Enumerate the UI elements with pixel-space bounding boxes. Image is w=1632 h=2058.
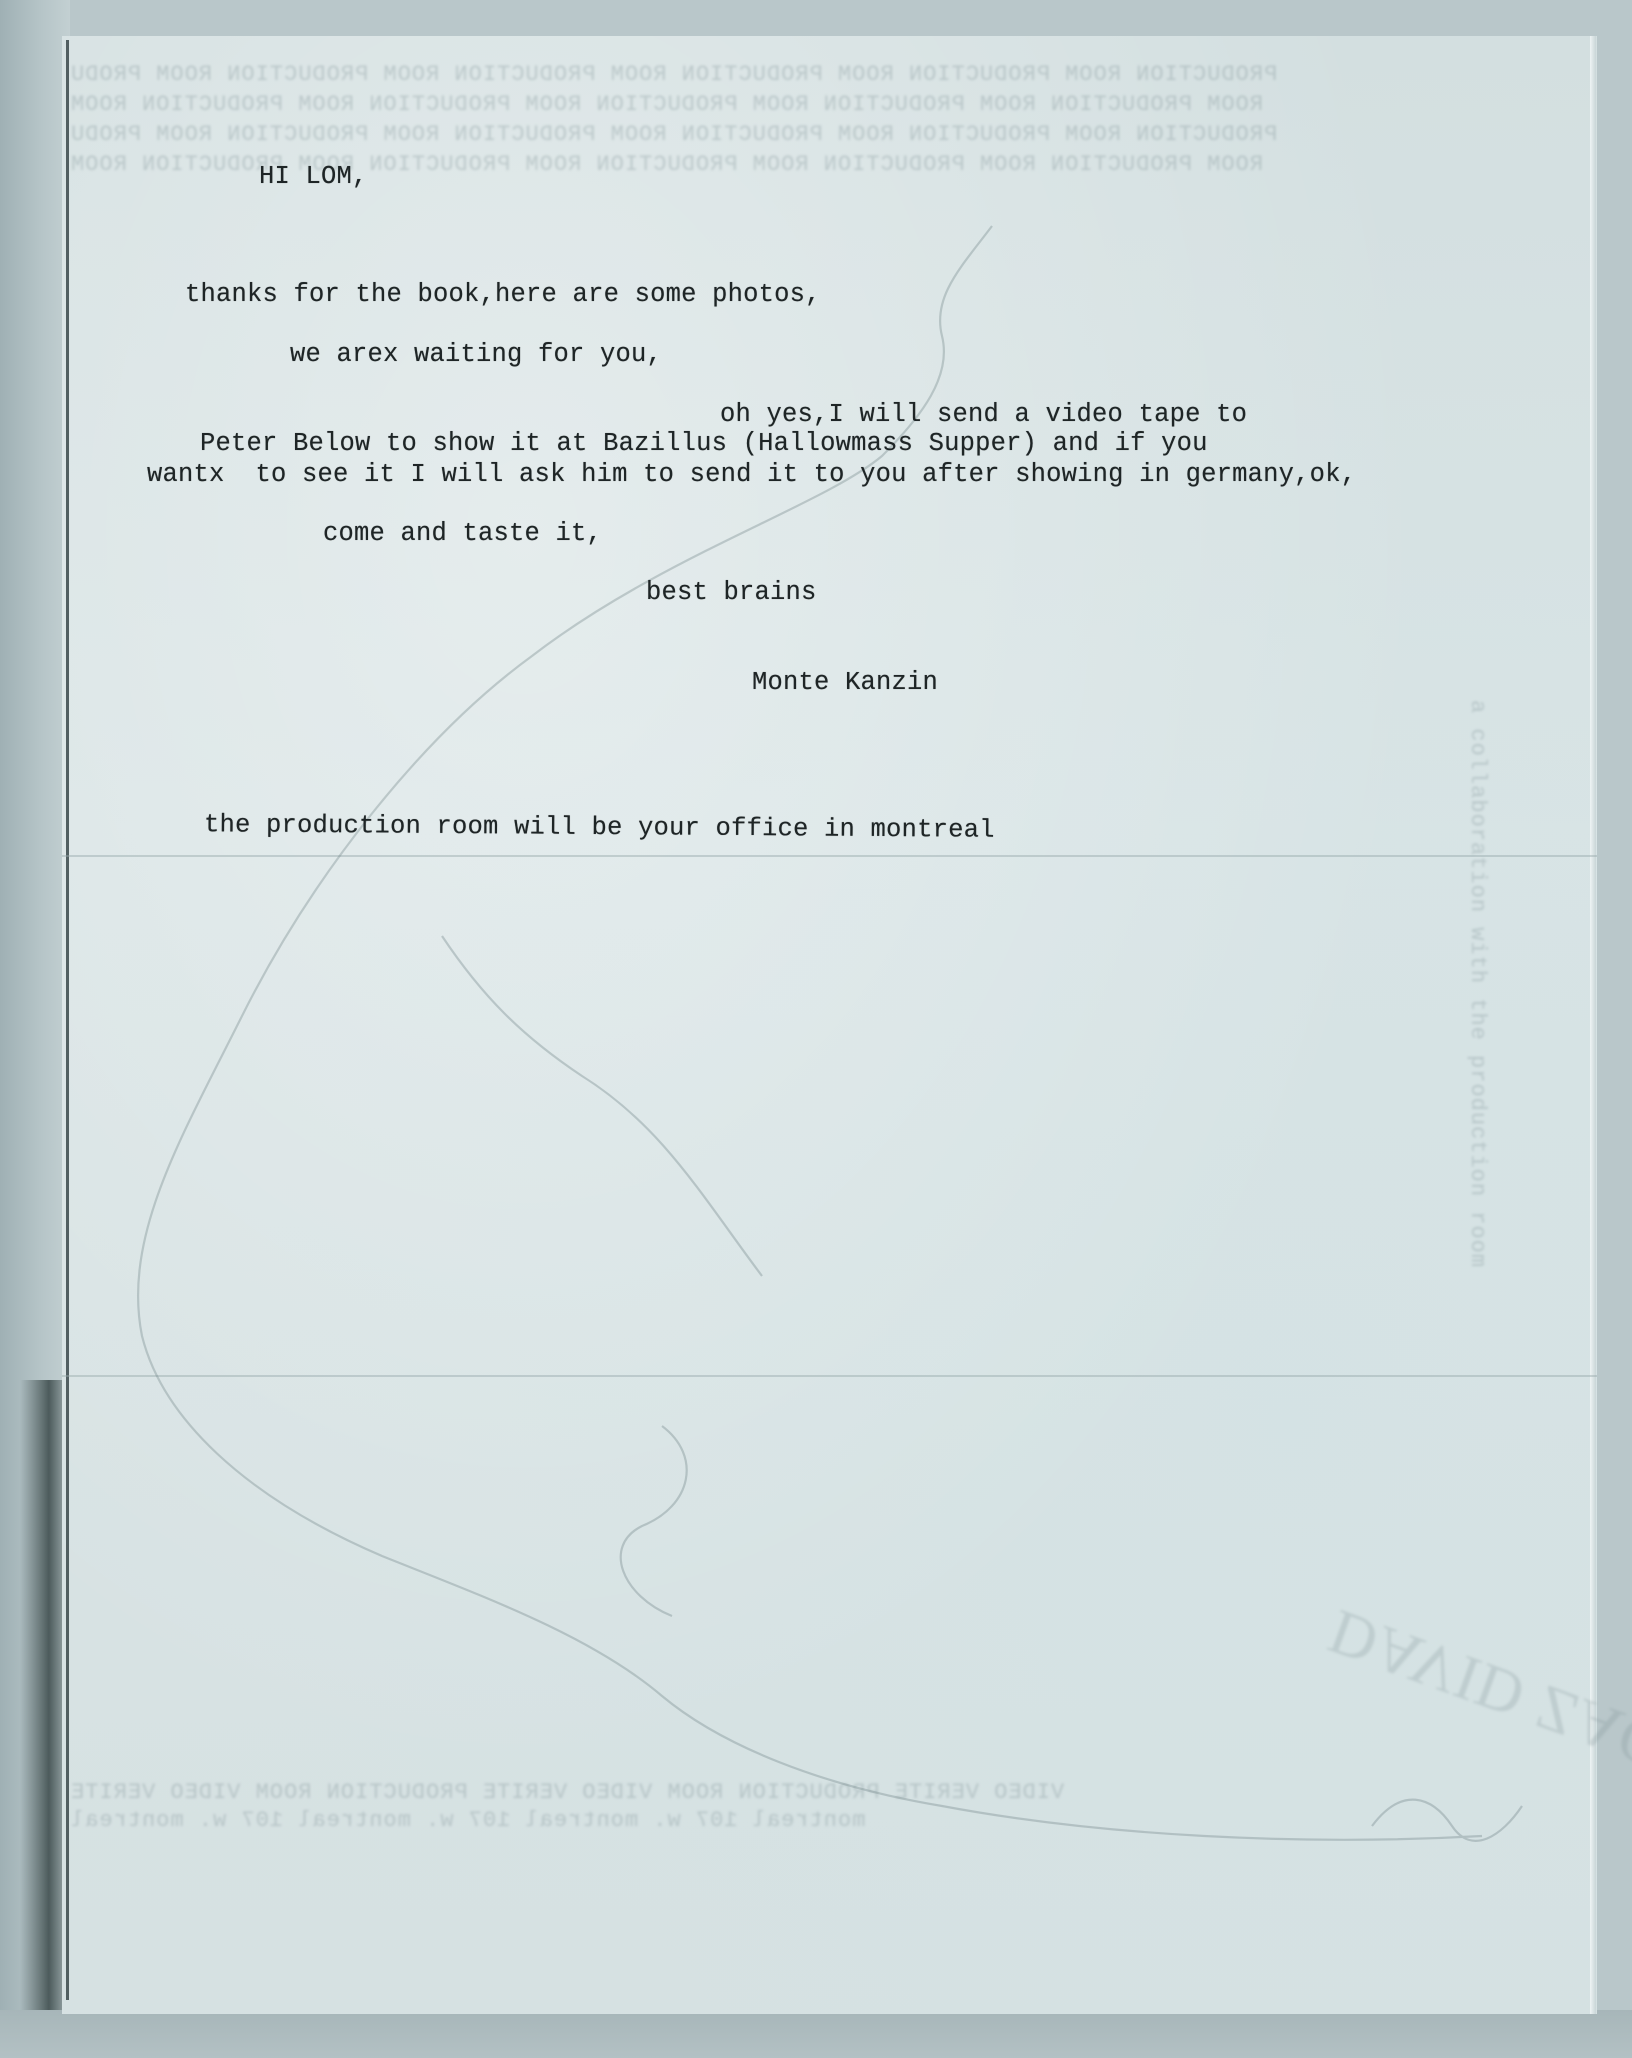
closing: best brains (646, 580, 817, 606)
paper-fold-line (62, 1375, 1597, 1377)
letter-paper (62, 36, 1597, 2014)
show-through-vertical-note: a collaboration with the production room (1465, 700, 1490, 1268)
letter-line: wantx to see it I will ask him to send i… (147, 462, 1356, 488)
background-surface-bottom (0, 2010, 1632, 2058)
paper-shadow (20, 1380, 68, 2020)
show-through-footer-line: VIDEO VERITE PRODUCTION ROOM VIDEO VERIT… (70, 1780, 1064, 1805)
letter-line: come and taste it, (323, 521, 602, 547)
greeting: HI LOM, (259, 164, 368, 190)
show-through-header-line: PRODUCTION ROOM PRODUCTION ROOM PRODUCTI… (70, 122, 1277, 147)
show-through-header-line: ROOM PRODUCTION ROOM PRODUCTION ROOM PRO… (70, 152, 1263, 177)
letter-line: thanks for the book,here are some photos… (185, 282, 821, 308)
signature: Monte Kanzin (752, 670, 938, 696)
letter-line: we arex waiting for you, (290, 342, 662, 368)
paper-left-edge (66, 40, 69, 2000)
postscript: the production room will be your office … (204, 812, 995, 843)
show-through-header-line: PRODUCTION ROOM PRODUCTION ROOM PRODUCTI… (70, 62, 1277, 87)
letter-line: oh yes,I will send a video tape to (720, 402, 1247, 428)
letter-line: Peter Below to show it at Bazillus (Hall… (200, 431, 1208, 457)
show-through-header-line: ROOM PRODUCTION ROOM PRODUCTION ROOM PRO… (70, 92, 1263, 117)
paper-fold-line (62, 855, 1597, 857)
show-through-footer-line: montreal 107 w. montreal 107 w. montreal… (70, 1808, 865, 1833)
